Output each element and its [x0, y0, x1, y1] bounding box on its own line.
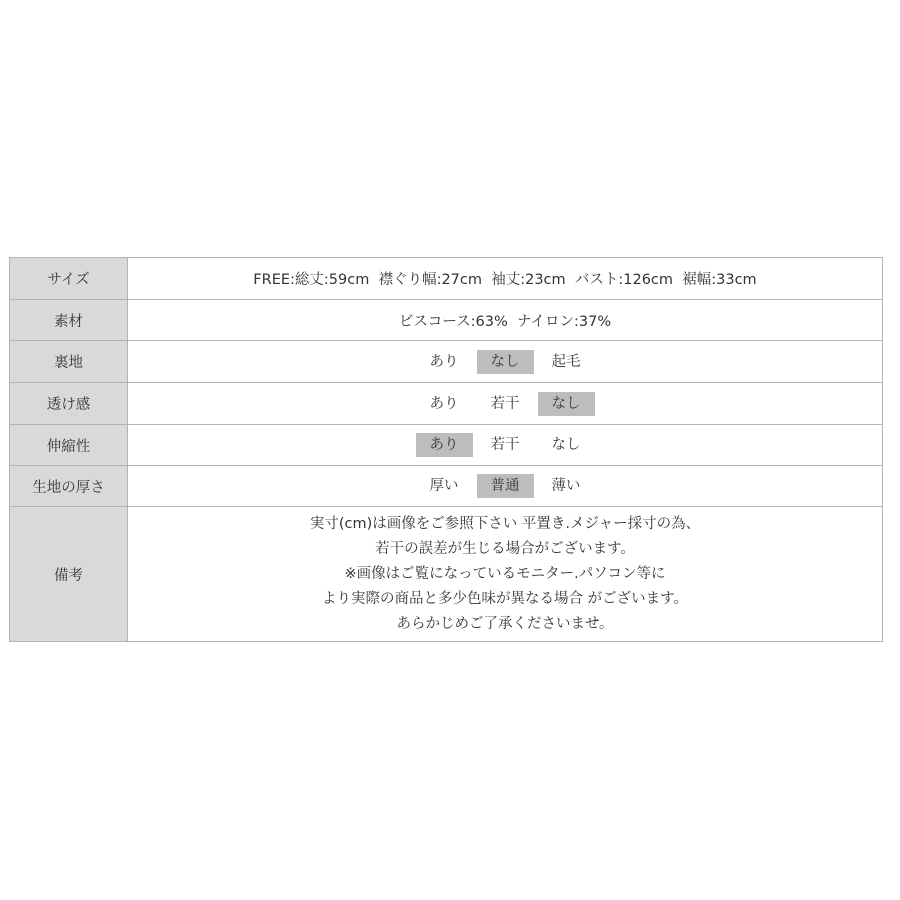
option-sheer-jakkan: 若干 — [477, 392, 534, 416]
label-thickness: 生地の厚さ — [10, 466, 128, 506]
value-lining: あり なし 起毛 — [128, 341, 882, 382]
row-material: 素材 ビスコース:63% ナイロン:37% — [10, 299, 882, 340]
notes-text: 実寸(cm)は画像をご参照下さい 平置き.メジャー採寸の為、 若干の誤差が生じる… — [310, 512, 700, 637]
notes-line-2: 若干の誤差が生じる場合がございます。 — [310, 537, 700, 562]
option-lining-nashi-selected: なし — [477, 350, 534, 374]
label-sheerness: 透け感 — [10, 383, 128, 424]
option-thick-futsu-selected: 普通 — [477, 474, 534, 498]
label-notes: 備考 — [10, 507, 128, 641]
notes-line-3: ※画像はご覧になっているモニター.パソコン等に — [310, 562, 700, 587]
row-thickness: 生地の厚さ 厚い 普通 薄い — [10, 465, 882, 506]
notes-line-4: より実際の商品と多少色味が異なる場合 がございます。 — [310, 587, 700, 612]
label-stretch: 伸縮性 — [10, 425, 128, 465]
row-stretch: 伸縮性 あり 若干 なし — [10, 424, 882, 465]
option-lining-ari: あり — [416, 350, 473, 374]
value-thickness: 厚い 普通 薄い — [128, 466, 882, 506]
value-sheerness: あり 若干 なし — [128, 383, 882, 424]
notes-line-1: 実寸(cm)は画像をご参照下さい 平置き.メジャー採寸の為、 — [310, 512, 700, 537]
option-stretch-ari-selected: あり — [416, 433, 473, 457]
label-size: サイズ — [10, 258, 128, 299]
row-sheerness: 透け感 あり 若干 なし — [10, 382, 882, 424]
option-stretch-nashi: なし — [538, 433, 595, 457]
label-lining: 裏地 — [10, 341, 128, 382]
row-size: サイズ FREE:総丈:59cm 襟ぐり幅:27cm 袖丈:23cm バスト:1… — [10, 258, 882, 299]
value-size: FREE:総丈:59cm 襟ぐり幅:27cm 袖丈:23cm バスト:126cm… — [128, 258, 882, 299]
notes-line-5: あらかじめご了承くださいませ。 — [310, 612, 700, 637]
row-lining: 裏地 あり なし 起毛 — [10, 340, 882, 382]
product-spec-table: サイズ FREE:総丈:59cm 襟ぐり幅:27cm 袖丈:23cm バスト:1… — [9, 257, 883, 642]
value-stretch: あり 若干 なし — [128, 425, 882, 465]
option-sheer-ari: あり — [416, 392, 473, 416]
option-thick-usui: 薄い — [538, 474, 595, 498]
option-thick-atsui: 厚い — [416, 474, 473, 498]
option-lining-kimo: 起毛 — [538, 350, 595, 374]
option-stretch-jakkan: 若干 — [477, 433, 534, 457]
value-notes: 実寸(cm)は画像をご参照下さい 平置き.メジャー採寸の為、 若干の誤差が生じる… — [128, 507, 882, 641]
option-sheer-nashi-selected: なし — [538, 392, 595, 416]
label-material: 素材 — [10, 300, 128, 340]
value-material: ビスコース:63% ナイロン:37% — [128, 300, 882, 340]
row-notes: 備考 実寸(cm)は画像をご参照下さい 平置き.メジャー採寸の為、 若干の誤差が… — [10, 506, 882, 641]
